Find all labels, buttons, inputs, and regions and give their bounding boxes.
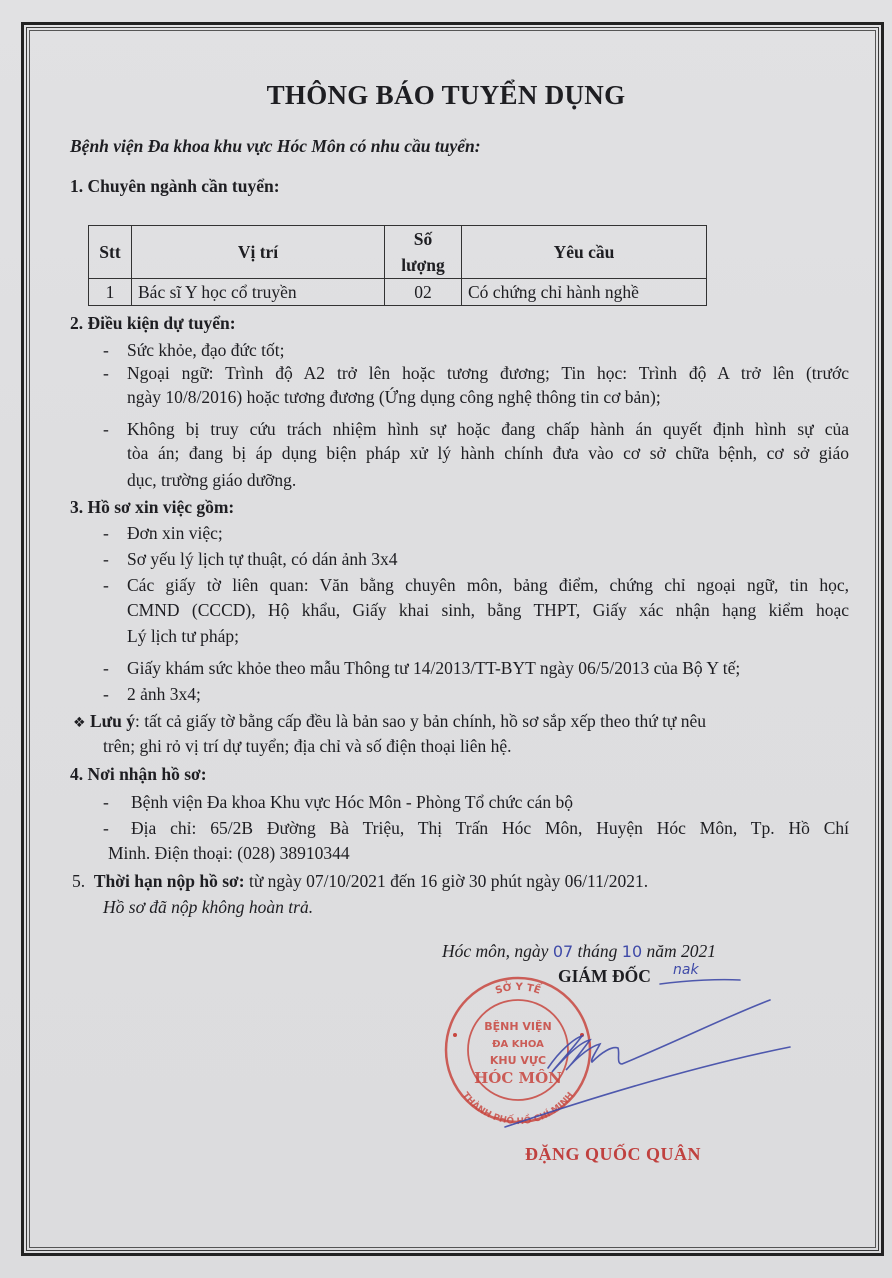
handwritten-signature: [505, 980, 790, 1127]
stamp-and-signature: SỞ Y TẾ THÀNH PHỐ HỒ CHÍ MINH BỆNH VIỆNĐ…: [0, 0, 892, 1278]
svg-text:ĐA KHOA: ĐA KHOA: [492, 1039, 544, 1050]
svg-text:SỞ Y TẾ: SỞ Y TẾ: [494, 979, 543, 997]
signer-name: ĐẶNG QUỐC QUÂN: [525, 1144, 701, 1165]
svg-text:HÓC MÔN: HÓC MÔN: [474, 1069, 562, 1087]
svg-text:BỆNH VIỆN: BỆNH VIỆN: [484, 1020, 551, 1033]
svg-text:KHU VỰC: KHU VỰC: [490, 1054, 546, 1067]
document-page: THÔNG BÁO TUYỂN DỤNG Bệnh viện Đa khoa k…: [0, 0, 892, 1278]
